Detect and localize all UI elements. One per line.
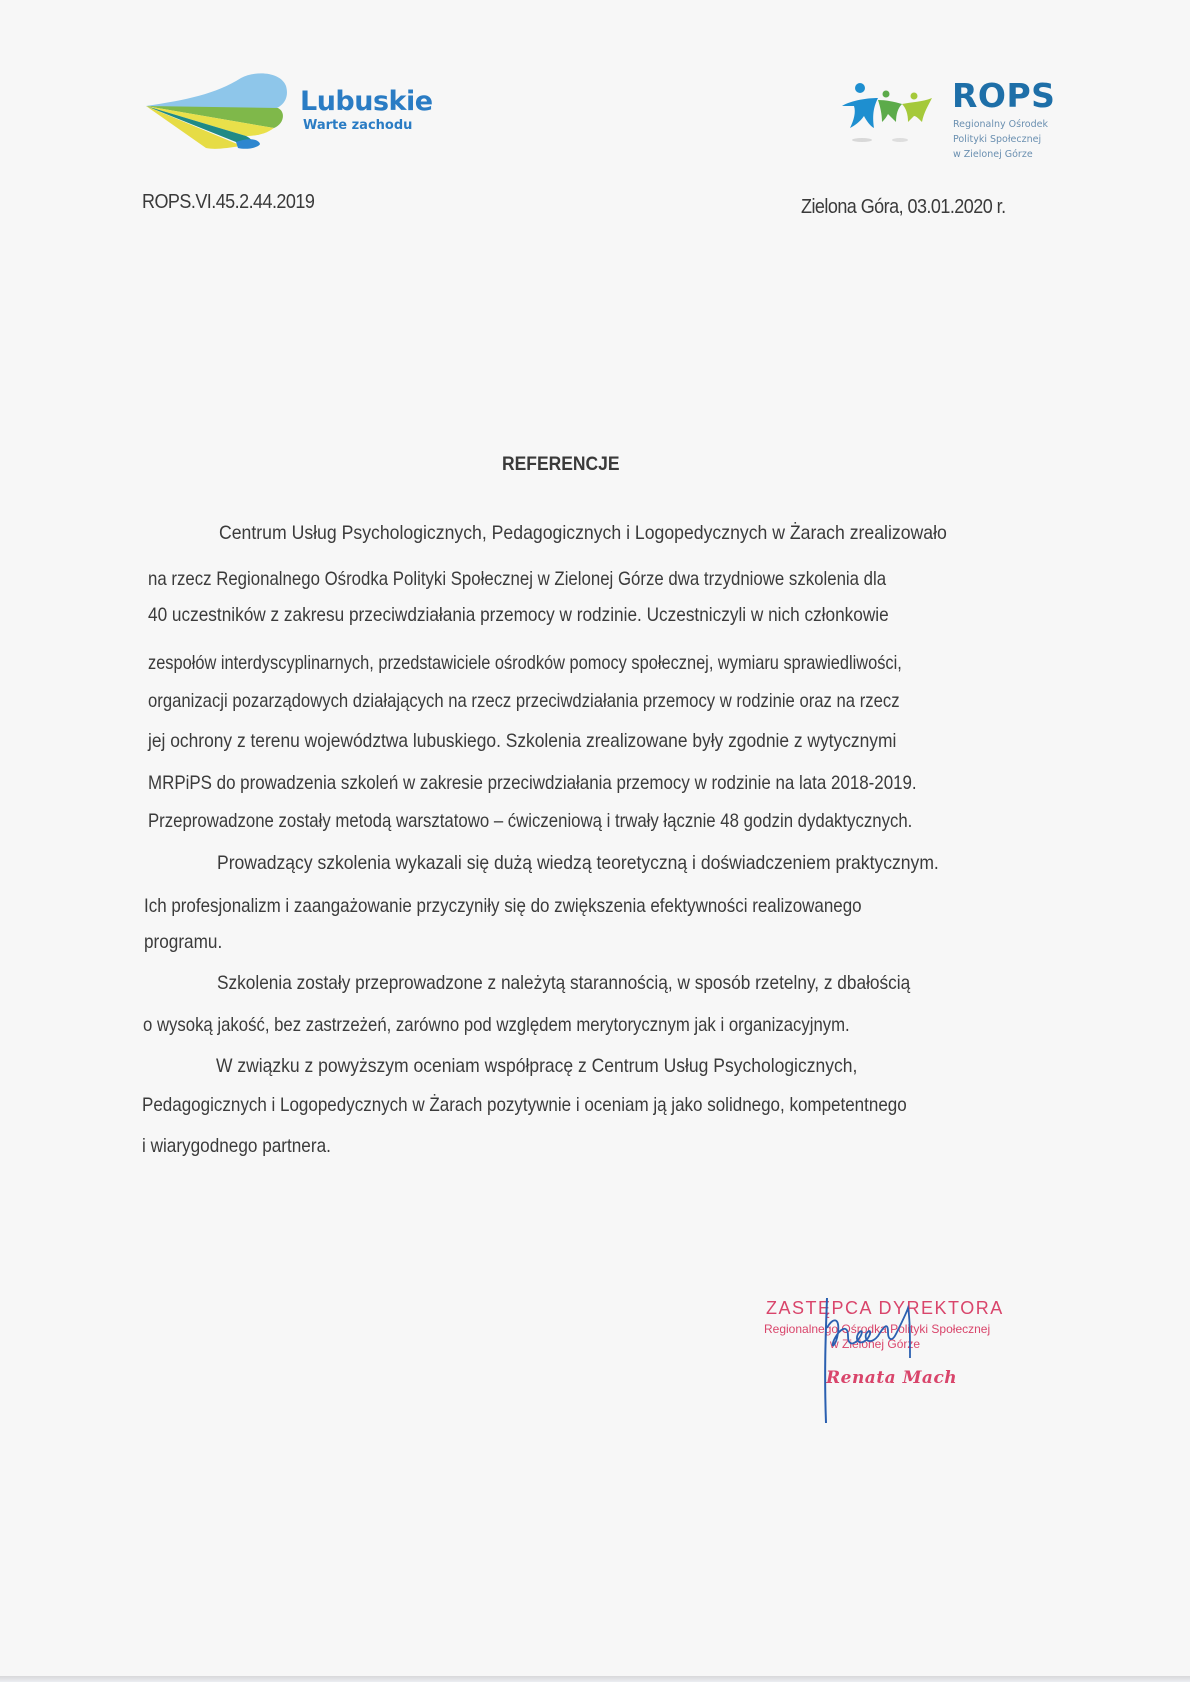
body-line: W związku z powyższym oceniam współpracę… xyxy=(216,1055,857,1078)
body-line: organizacji pozarządowych działających n… xyxy=(148,690,900,713)
place-date: Zielona Góra, 03.01.2020 r. xyxy=(801,196,1006,219)
body-line: Szkolenia zostały przeprowadzone z należ… xyxy=(217,972,910,995)
body-line: i wiarygodnego partnera. xyxy=(142,1135,331,1158)
body-line: MRPiPS do prowadzenia szkoleń w zakresie… xyxy=(148,772,917,795)
rops-subtitle-line-1: Regionalny Ośrodek xyxy=(953,119,1048,130)
rops-people-icon xyxy=(838,76,950,166)
page-bottom-edge xyxy=(0,1676,1190,1682)
rops-name: ROPS xyxy=(952,76,1055,115)
rops-logo: ROPS Regionalny Ośrodek Polityki Społecz… xyxy=(838,76,1078,166)
reference-number: ROPS.VI.45.2.44.2019 xyxy=(142,191,314,214)
body-line: o wysoką jakość, bez zastrzeżeń, zarówno… xyxy=(143,1014,850,1037)
lubuskie-name: Lubuskie xyxy=(300,86,433,117)
lubuskie-emblem-icon xyxy=(146,72,296,158)
body-line: programu. xyxy=(144,931,222,954)
body-line: zespołów interdyscyplinarnych, przedstaw… xyxy=(148,652,902,675)
body-line: jej ochrony z terenu województwa lubuski… xyxy=(148,730,896,753)
rops-subtitle-line-2: Polityki Społecznej xyxy=(953,134,1041,145)
body-line: Przeprowadzone zostały metodą warsztatow… xyxy=(148,810,912,833)
lubuskie-logo: Lubuskie Warte zachodu xyxy=(146,72,426,158)
body-line: Centrum Usług Psychologicznych, Pedagogi… xyxy=(219,522,947,545)
body-line: Pedagogicznych i Logopedycznych w Żarach… xyxy=(142,1094,907,1117)
document-page: Lubuskie Warte zachodu ROPS Regionalny O… xyxy=(0,0,1190,1676)
handwritten-signature-icon xyxy=(818,1288,968,1428)
rops-subtitle-line-3: w Zielonej Górze xyxy=(953,149,1033,160)
body-line: Ich profesjonalizm i zaangażowanie przyc… xyxy=(144,895,862,918)
body-line: Prowadzący szkolenia wykazali się dużą w… xyxy=(217,852,939,875)
body-line: 40 uczestników z zakresu przeciwdziałani… xyxy=(148,604,889,627)
document-title: REFERENCJE xyxy=(502,454,620,476)
body-line: na rzecz Regionalnego Ośrodka Polityki S… xyxy=(148,568,886,591)
lubuskie-tagline: Warte zachodu xyxy=(303,118,412,133)
